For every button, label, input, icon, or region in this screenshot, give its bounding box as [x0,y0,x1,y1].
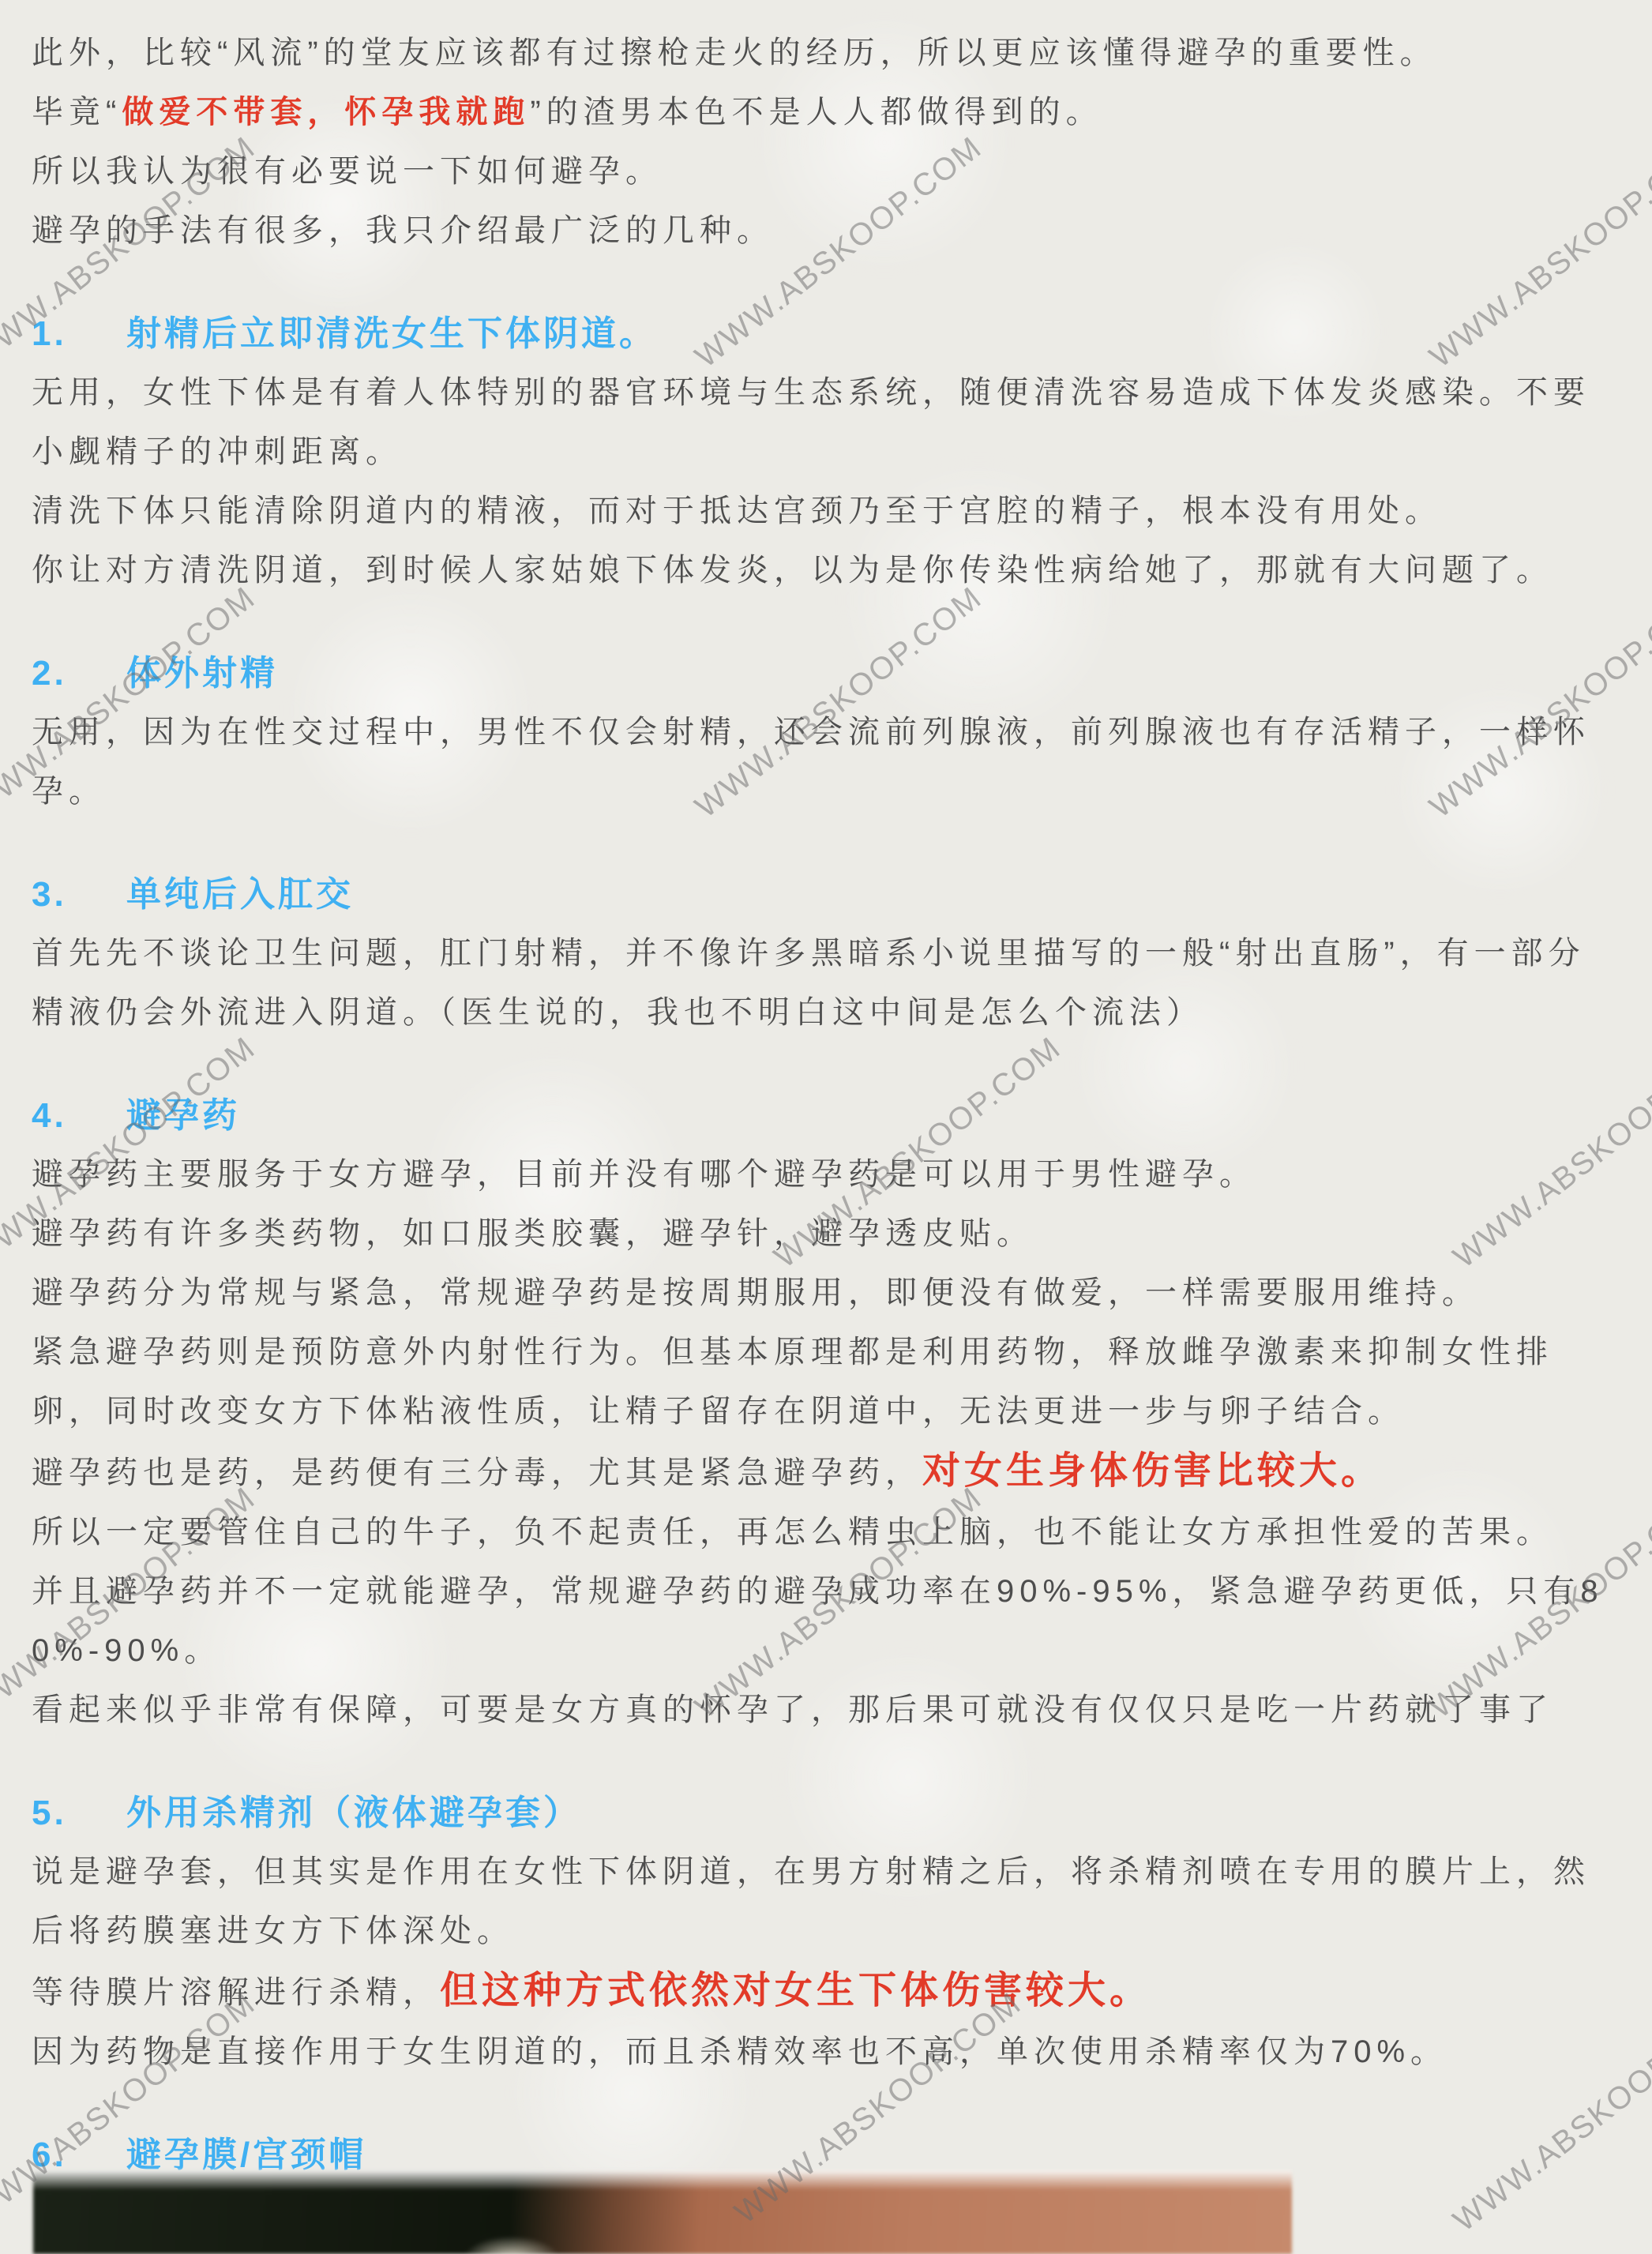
section-1-heading: 1. 射精后立即清洗女生下体阴道。 [32,304,1620,363]
section-4-paragraph: 看起来似乎非常有保障，可要是女方真的怀孕了，那后果可就没有仅仅只是吃一片药就了事… [32,1681,1620,1740]
section-1-paragraph: 无用，女性下体是有着人体特别的器官环境与生态系统，随便清洗容易造成下体发炎感染。… [32,363,1620,482]
document-page: WWW.ABSKOOP.COM WWW.ABSKOOP.COM WWW.ABSK… [0,0,1652,2254]
section-4-paragraph: 紧急避孕药则是预防意外内射性行为。但基本原理都是利用药物，释放雌孕激素来抑制女性… [32,1323,1620,1441]
intro-p2-suffix: ”的渣男本色不是人人都做得到的。 [530,95,1102,130]
section-4-paragraph: 避孕药分为常规与紧急，常规避孕药是按周期服用，即便没有做爱，一样需要服用维持。 [32,1264,1620,1323]
section-3-number: 3. [32,865,126,924]
section-1-number: 1. [32,304,126,363]
section-5-paragraph: 因为药物是直接作用于女生阴道的，而且杀精效率也不高，单次使用杀精率仅为70%。 [32,2023,1620,2082]
section-4-paragraph: 避孕药有许多类药物，如口服类胶囊，避孕针，避孕透皮贴。 [32,1204,1620,1264]
intro-paragraph-1: 此外，比较“风流”的堂友应该都有过擦枪走火的经历，所以更应该懂得避孕的重要性。 [32,24,1620,83]
section-1-paragraph: 清洗下体只能清除阴道内的精液，而对于抵达宫颈乃至于宫腔的精子，根本没有用处。 [32,482,1620,541]
intro-paragraph-4: 避孕的手法有很多，我只介绍最广泛的几种。 [32,201,1620,261]
section-2-heading: 2. 体外射精 [32,644,1620,703]
section-6-photo [33,2170,1292,2254]
section-3-paragraph: 首先先不谈论卫生问题，肛门射精，并不像许多黑暗系小说里描写的一般“射出直肠”，有… [32,924,1620,1042]
section-5-warning-red-text: 但这种方式依然对女生下体伤害较大。 [440,1970,1151,2012]
intro-p2-prefix: 毕竟“ [32,95,122,130]
section-4-paragraph: 避孕药主要服务于女方避孕，目前并没有哪个避孕药是可以用于男性避孕。 [32,1145,1620,1204]
section-2-number: 2. [32,644,126,703]
section-5-warning-line: 等待膜片溶解进行杀精，但这种方式依然对女生下体伤害较大。 [32,1961,1620,2023]
intro-paragraph-2: 毕竟“做爱不带套，怀孕我就跑”的渣男本色不是人人都做得到的。 [32,83,1620,142]
section-5-heading: 5. 外用杀精剂（液体避孕套） [32,1783,1620,1843]
section-1-paragraph: 你让对方清洗阴道，到时候人家姑娘下体发炎，以为是你传染性病给她了，那就有大问题了… [32,541,1620,600]
intro-p2-red-text: 做爱不带套，怀孕我就跑 [122,95,530,130]
section-5-warning-prefix: 等待膜片溶解进行杀精， [32,1975,440,2010]
section-4-warning-prefix: 避孕药也是药，是药便有三分毒，尤其是紧急避孕药， [32,1456,922,1490]
section-5-number: 5. [32,1783,126,1843]
section-2-paragraph: 无用，因为在性交过程中，男性不仅会射精，还会流前列腺液，前列腺液也有存活精子，一… [32,703,1620,821]
section-4-warning-line: 避孕药也是药，是药便有三分毒，尤其是紧急避孕药，对女生身体伤害比较大。 [32,1441,1620,1503]
section-4-number: 4. [32,1086,126,1145]
document-content: 此外，比较“风流”的堂友应该都有过擦枪走火的经历，所以更应该懂得避孕的重要性。 … [0,0,1652,2185]
section-4-title: 避孕药 [126,1086,240,1145]
section-3-heading: 3. 单纯后入肛交 [32,865,1620,924]
intro-paragraph-3: 所以我认为很有必要说一下如何避孕。 [32,142,1620,201]
section-4-heading: 4. 避孕药 [32,1086,1620,1145]
section-2-title: 体外射精 [126,644,278,703]
section-4-warning-red-text: 对女生身体伤害比较大。 [922,1450,1383,1492]
section-4-paragraph: 所以一定要管住自己的牛子，负不起责任，再怎么精虫上脑，也不能让女方承担性爱的苦果… [32,1503,1620,1562]
section-1-title: 射精后立即清洗女生下体阴道。 [126,304,657,363]
section-5-title: 外用杀精剂（液体避孕套） [126,1783,581,1843]
section-3-title: 单纯后入肛交 [126,865,354,924]
section-4-paragraph: 并且避孕药并不一定就能避孕，常规避孕药的避孕成功率在90%-95%，紧急避孕药更… [32,1562,1620,1681]
section-5-paragraph: 说是避孕套，但其实是作用在女性下体阴道，在男方射精之后，将杀精剂喷在专用的膜片上… [32,1843,1620,1961]
